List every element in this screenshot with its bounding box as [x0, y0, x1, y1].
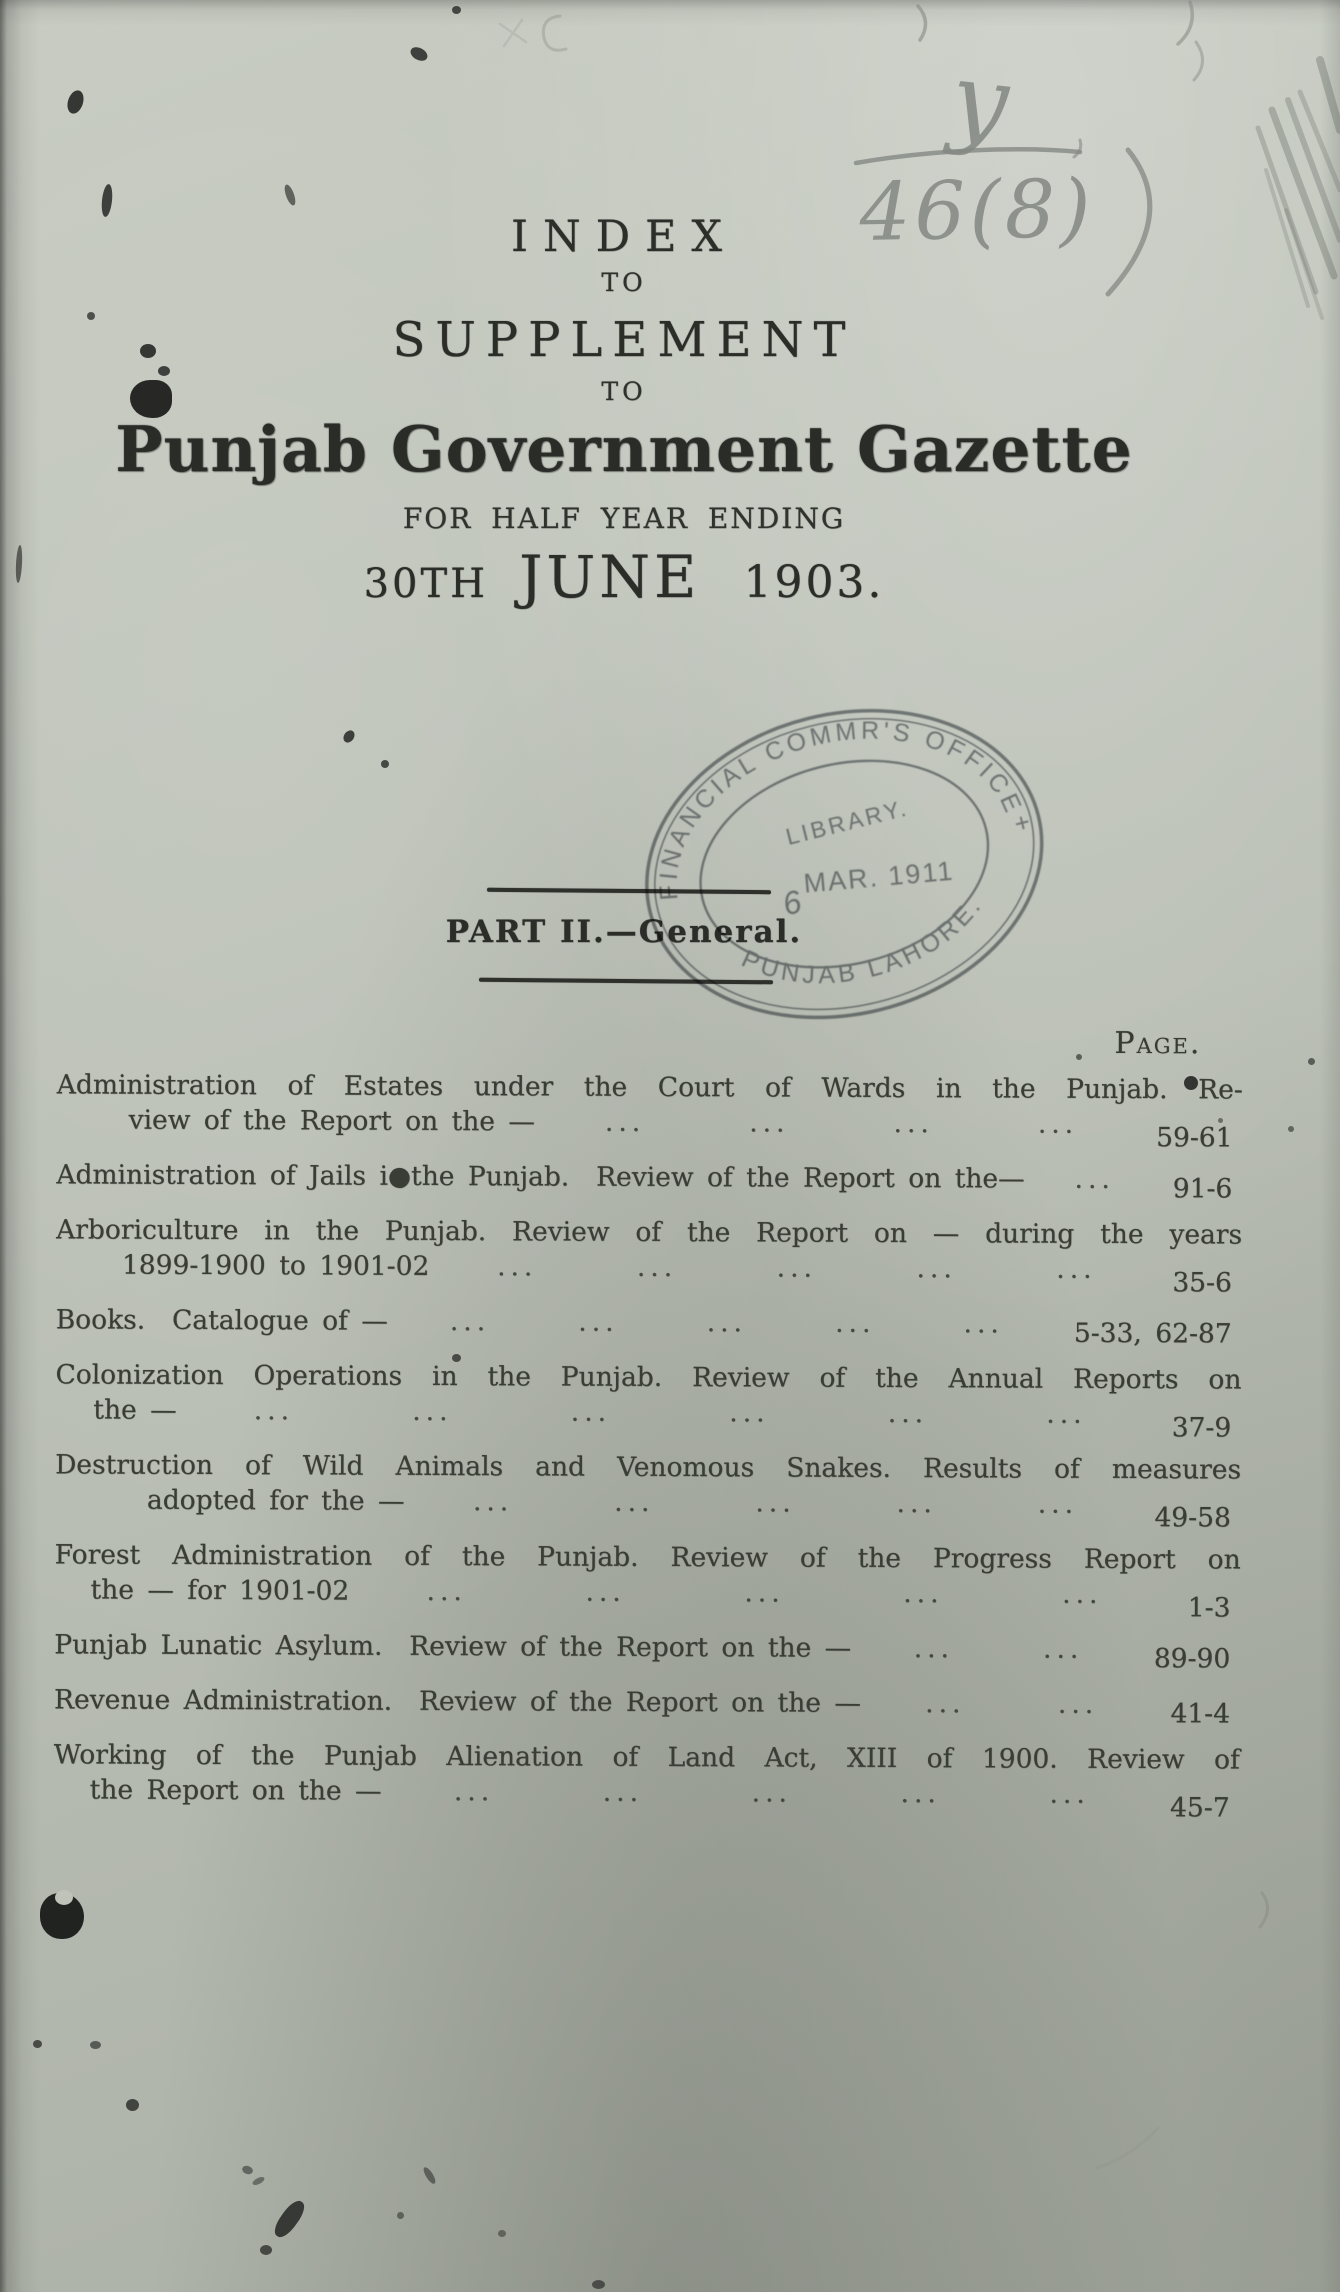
ink-blot-notch	[55, 1890, 73, 1905]
index-entry: Forest Administration of the Punjab. Rev…	[54, 1537, 1240, 1612]
entry-text-line: the Report on the —	[90, 1772, 382, 1808]
index-entry: Colonization Operations in the Punjab. R…	[55, 1357, 1241, 1432]
dot-leaders: ...............	[404, 1484, 1154, 1522]
entry-text-line: Forest Administration of the Punjab. Rev…	[55, 1537, 1241, 1577]
dot-leaders: ...	[1025, 1162, 1173, 1198]
entry-text-line: Colonization Operations in the Punjab. R…	[55, 1357, 1241, 1397]
entry-text-line: Working of the Punjab Alienation of Land…	[54, 1737, 1240, 1777]
ink-speck	[158, 366, 170, 376]
ink-speck	[87, 312, 95, 320]
index-entry: Punjab Lunatic Asylum. Review of the Rep…	[54, 1627, 1240, 1667]
ink-speck	[1184, 1076, 1198, 1090]
ink-speck	[1076, 1054, 1082, 1060]
entry-page-number: 35-6	[1172, 1265, 1232, 1300]
entry-page-number: 41-4	[1170, 1696, 1230, 1731]
ink-speck	[592, 2280, 605, 2289]
index-entry: Revenue Administration. Review of the Re…	[54, 1682, 1240, 1722]
entry-page-number: 89-90	[1154, 1641, 1231, 1676]
index-entry: Books. Catalogue of —...............5-33…	[56, 1302, 1242, 1342]
entry-text-line: adopted for the —	[147, 1483, 405, 1519]
ink-speck	[1308, 1058, 1315, 1065]
scanned-gazette-index-page: INDEX TO SUPPLEMENT TO Punjab Government…	[0, 0, 1340, 2292]
dot-leaders: ......	[861, 1686, 1171, 1722]
entry-page-number: 49-58	[1154, 1500, 1231, 1535]
entry-text-line: Destruction of Wild Animals and Venomous…	[55, 1447, 1241, 1487]
entry-page-number: 91-6	[1173, 1171, 1233, 1206]
entry-text-line: Punjab Lunatic Asylum. Review of the Rep…	[54, 1627, 851, 1665]
dot-leaders: ......	[851, 1631, 1154, 1667]
entry-page-number: 5-33, 62-87	[1074, 1316, 1232, 1352]
entry-text-line: the — for 1901-02	[90, 1572, 349, 1608]
dot-leaders: ...............	[381, 1774, 1170, 1812]
ink-speck	[452, 1354, 461, 1362]
entry-page-number: 1-3	[1188, 1590, 1231, 1625]
entry-text-line: Arboriculture in the Punjab. Review of t…	[56, 1212, 1242, 1252]
entry-text-line: the —	[93, 1392, 176, 1427]
entry-text-line: Books. Catalogue of —	[56, 1302, 388, 1338]
dot-leaders: ..................	[177, 1393, 1172, 1432]
ink-speck	[126, 2099, 139, 2111]
ink-speck	[1218, 1118, 1223, 1123]
entry-text-line: 1899-1900 to 1901-02	[122, 1248, 430, 1284]
index-entries: Administration of Estates under the Cour…	[54, 1067, 1243, 1832]
entry-text-line: view of the Report on the —	[129, 1103, 535, 1140]
dot-leaders: ............	[535, 1104, 1156, 1142]
ink-speck	[498, 2230, 506, 2237]
index-entry: Administration of Estates under the Cour…	[57, 1067, 1243, 1142]
index-entry: Destruction of Wild Animals and Venomous…	[55, 1447, 1241, 1522]
entry-page-number: 45-7	[1170, 1790, 1230, 1825]
entry-text-line: Administration of Jails i●the Punjab. Re…	[56, 1157, 1024, 1196]
dot-leaders: ...............	[429, 1249, 1172, 1287]
index-section: Page. Administration of Estates under th…	[0, 0, 1340, 2292]
entry-page-number: 37-9	[1172, 1410, 1232, 1445]
ink-speck	[452, 6, 461, 14]
index-entry: Administration of Jails i●the Punjab. Re…	[56, 1157, 1242, 1197]
entry-text-line: Administration of Estates under the Cour…	[57, 1067, 1243, 1107]
entry-page-number: 59-61	[1156, 1120, 1233, 1155]
ink-speck	[381, 760, 389, 768]
ink-speck	[33, 2040, 42, 2048]
dot-leaders: ...............	[388, 1304, 1074, 1342]
entry-text-line: Revenue Administration. Review of the Re…	[54, 1682, 861, 1721]
ink-speck	[260, 2245, 272, 2255]
ink-speck	[140, 344, 156, 358]
ink-speck	[397, 2212, 404, 2219]
page-sheet: INDEX TO SUPPLEMENT TO Punjab Government…	[0, 0, 1340, 2292]
index-entry: Working of the Punjab Alienation of Land…	[54, 1737, 1240, 1812]
index-entry: Arboriculture in the Punjab. Review of t…	[56, 1212, 1242, 1287]
page-column-header: Page.	[1073, 1026, 1243, 1062]
ink-speck	[1288, 1126, 1294, 1132]
dot-leaders: ...............	[349, 1574, 1188, 1613]
ink-speck	[90, 2041, 101, 2049]
ink-blot	[130, 380, 172, 418]
